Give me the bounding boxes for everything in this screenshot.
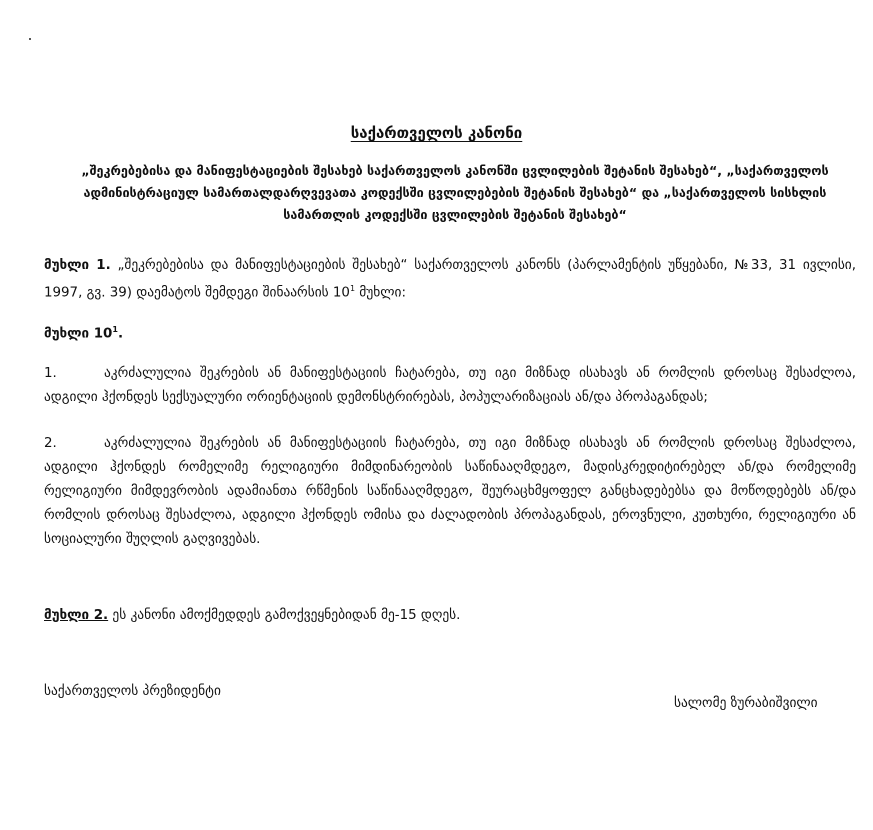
article-2: მუხლი 2. ეს კანონი ამოქმედდეს გამოქვეყნე…	[44, 604, 856, 627]
list-item: 1.აკრძალულია შეკრების ან მანიფესტაციის ჩ…	[44, 362, 856, 410]
signature-title: საქართველოს პრეზიდენტი	[44, 684, 221, 699]
article-10-suffix: .	[118, 326, 123, 341]
list-item-number: 2.	[44, 432, 104, 456]
signature-name: სალომე ზურაბიშვილი	[674, 696, 818, 711]
list-item-text: აკრძალულია შეკრების ან მანიფესტაციის ჩატ…	[44, 436, 856, 547]
article-1: მუხლი 1. „შეკრებებისა და მანიფესტაციების…	[44, 254, 856, 304]
list-item-number: 1.	[44, 362, 104, 386]
document-title-text: საქართველოს კანონი	[351, 124, 523, 142]
article-1-text: „შეკრებებისა და მანიფესტაციების შესახებ“…	[44, 258, 856, 300]
article-1-heading: მუხლი 1.	[44, 258, 111, 273]
document-title: საქართველოს კანონი	[0, 124, 873, 142]
article-2-heading: მუხლი 2.	[44, 608, 108, 623]
article-1-text-end: მუხლი:	[355, 285, 406, 300]
list-item: 2.აკრძალულია შეკრების ან მანიფესტაციის ჩ…	[44, 432, 856, 552]
article-2-text: ეს კანონი ამოქმედდეს გამოქვეყნებიდან მე-…	[108, 608, 460, 623]
scan-speck	[29, 38, 31, 40]
article-10-label: მუხლი 10	[44, 326, 112, 341]
document-subtitle: „შეკრებებისა და მანიფესტაციების შესახებ …	[60, 160, 850, 226]
list-item-text: აკრძალულია შეკრების ან მანიფესტაციის ჩატ…	[44, 366, 856, 405]
article-10-1-heading: მუხლი 101.	[44, 318, 856, 345]
